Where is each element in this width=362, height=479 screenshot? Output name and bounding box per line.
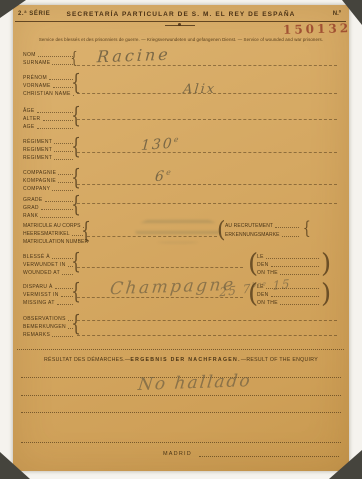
- number-label: N.º: [333, 11, 341, 17]
- field-label-alter: ALTER: [23, 115, 73, 122]
- field-label-vermisst: VERMISST IN: [23, 291, 73, 298]
- handwriting-surname: Racine: [96, 45, 171, 67]
- field-label-age-en: AGE: [23, 123, 73, 130]
- brace-matricule: {: [81, 221, 91, 243]
- handwriting-result: No hallado: [137, 371, 253, 395]
- date-line: [199, 456, 339, 457]
- entry-line-blesse: [77, 267, 243, 268]
- field-label-vorname: VORNAME: [23, 82, 73, 89]
- field-label-disparu-on-the: ON THE: [257, 299, 319, 306]
- field-label-bemerkungen: BEMERKUNGEN: [23, 323, 73, 330]
- field-label-missing-at: MISSING AT: [23, 299, 73, 306]
- field-label-christian-name: CHRISTIAN NAME: [23, 90, 73, 97]
- result-separator: [17, 349, 344, 350]
- stamped-number: 150132: [283, 21, 351, 37]
- result-line-4: [21, 442, 341, 443]
- field-label-company: COMPANY: [23, 185, 73, 192]
- brace-grade: {: [71, 195, 81, 217]
- handwriting-regiment: 130e: [140, 135, 180, 155]
- field-label-regiment-fr: RÉGIMENT: [23, 138, 73, 145]
- brace-recrutement: {: [303, 220, 311, 238]
- brace-age: {: [71, 106, 81, 128]
- entry-line-age: [77, 119, 337, 120]
- entry-line-grade: [77, 203, 337, 204]
- field-label-blesse: BLESSÉ À: [23, 253, 73, 260]
- field-label-disparu-le: LE: [257, 283, 319, 290]
- result-line-2: [21, 395, 341, 396]
- city-label: MADRID: [163, 451, 192, 457]
- brace-nom: {: [71, 50, 78, 66]
- field-label-age-fr: ÂGE: [23, 107, 73, 114]
- entry-line-compagnie: [77, 184, 337, 185]
- field-label-remarks: REMARKS: [23, 331, 73, 338]
- field-label-regiment-en: REGIMENT: [23, 154, 73, 161]
- field-label-blesse-le: LE: [257, 253, 319, 260]
- entry-line-observations-1: [77, 320, 337, 321]
- photo-scan: 2.ª SÉRIE SECRETARÍA PARTICULAR DE S. M.…: [0, 0, 362, 479]
- handwriting-compagnie: 6e: [154, 167, 173, 185]
- field-label-heeresmatrikel: HEERESMATRIKEL: [23, 230, 83, 237]
- blesse-date-paren-close: ): [321, 251, 331, 277]
- brace-blesse: {: [71, 252, 81, 274]
- handwriting-firstname: Alix: [182, 82, 216, 98]
- faint-stamp: [135, 217, 221, 243]
- brace-compagnie: {: [71, 168, 81, 190]
- field-label-recrutement: AU RECRUTEMENT: [225, 222, 299, 229]
- handwriting-missing-place: Champagne: [109, 275, 237, 299]
- entry-line-regiment: [77, 152, 337, 153]
- brace-regiment: {: [71, 137, 81, 159]
- brace-disparu: {: [71, 282, 81, 304]
- field-label-verwundet: VERWUNDET IN: [23, 261, 73, 268]
- field-label-prenom: PRÉNOM: [23, 74, 73, 81]
- page-title: SECRETARÍA PARTICULAR DE S. M. EL REY DE…: [13, 11, 349, 18]
- field-label-compagnie: COMPAGNIE: [23, 169, 73, 176]
- brace-prenom: {: [71, 73, 81, 95]
- disparu-date-paren-close: ): [321, 281, 331, 307]
- entry-line-observations-2: [77, 335, 337, 336]
- service-line: Service des blessés et des prisonniers d…: [13, 37, 349, 42]
- field-label-matricule: MATRICULE AU CORPS: [23, 222, 83, 229]
- title-flourish: [165, 25, 195, 26]
- field-label-grade: GRADE: [23, 196, 73, 203]
- result-heading: RÉSULTAT DES DÉMARCHES.—ERGEBNIS DER NAC…: [13, 357, 349, 363]
- field-label-kompagnie: KOMPAGNIE: [23, 177, 73, 184]
- field-label-regiment-de: REGIMENT: [23, 146, 73, 153]
- brace-observations: {: [71, 314, 81, 336]
- field-label-disparu: DISPARU À: [23, 283, 73, 290]
- field-label-blesse-den: DEN: [257, 261, 319, 268]
- field-label-rank: RANK: [23, 212, 73, 219]
- result-line-3: [21, 412, 341, 413]
- form-paper: 2.ª SÉRIE SECRETARÍA PARTICULAR DE S. M.…: [13, 5, 349, 471]
- field-label-matriculation-number: MATRICULATION NUMBER: [23, 238, 83, 245]
- field-label-blesse-on-the: ON THE: [257, 269, 319, 276]
- field-label-grad: GRAD: [23, 204, 73, 211]
- field-label-disparu-den: DEN: [257, 291, 319, 298]
- field-label-surname: SURNAME: [23, 59, 73, 66]
- field-label-nom: NOM: [23, 51, 73, 58]
- field-label-wounded-at: WOUNDED AT: [23, 269, 73, 276]
- field-label-erkennungsmarke: ERKENNUNGSMARKE: [225, 231, 299, 238]
- field-label-observations: OBSERVATIONS: [23, 315, 73, 322]
